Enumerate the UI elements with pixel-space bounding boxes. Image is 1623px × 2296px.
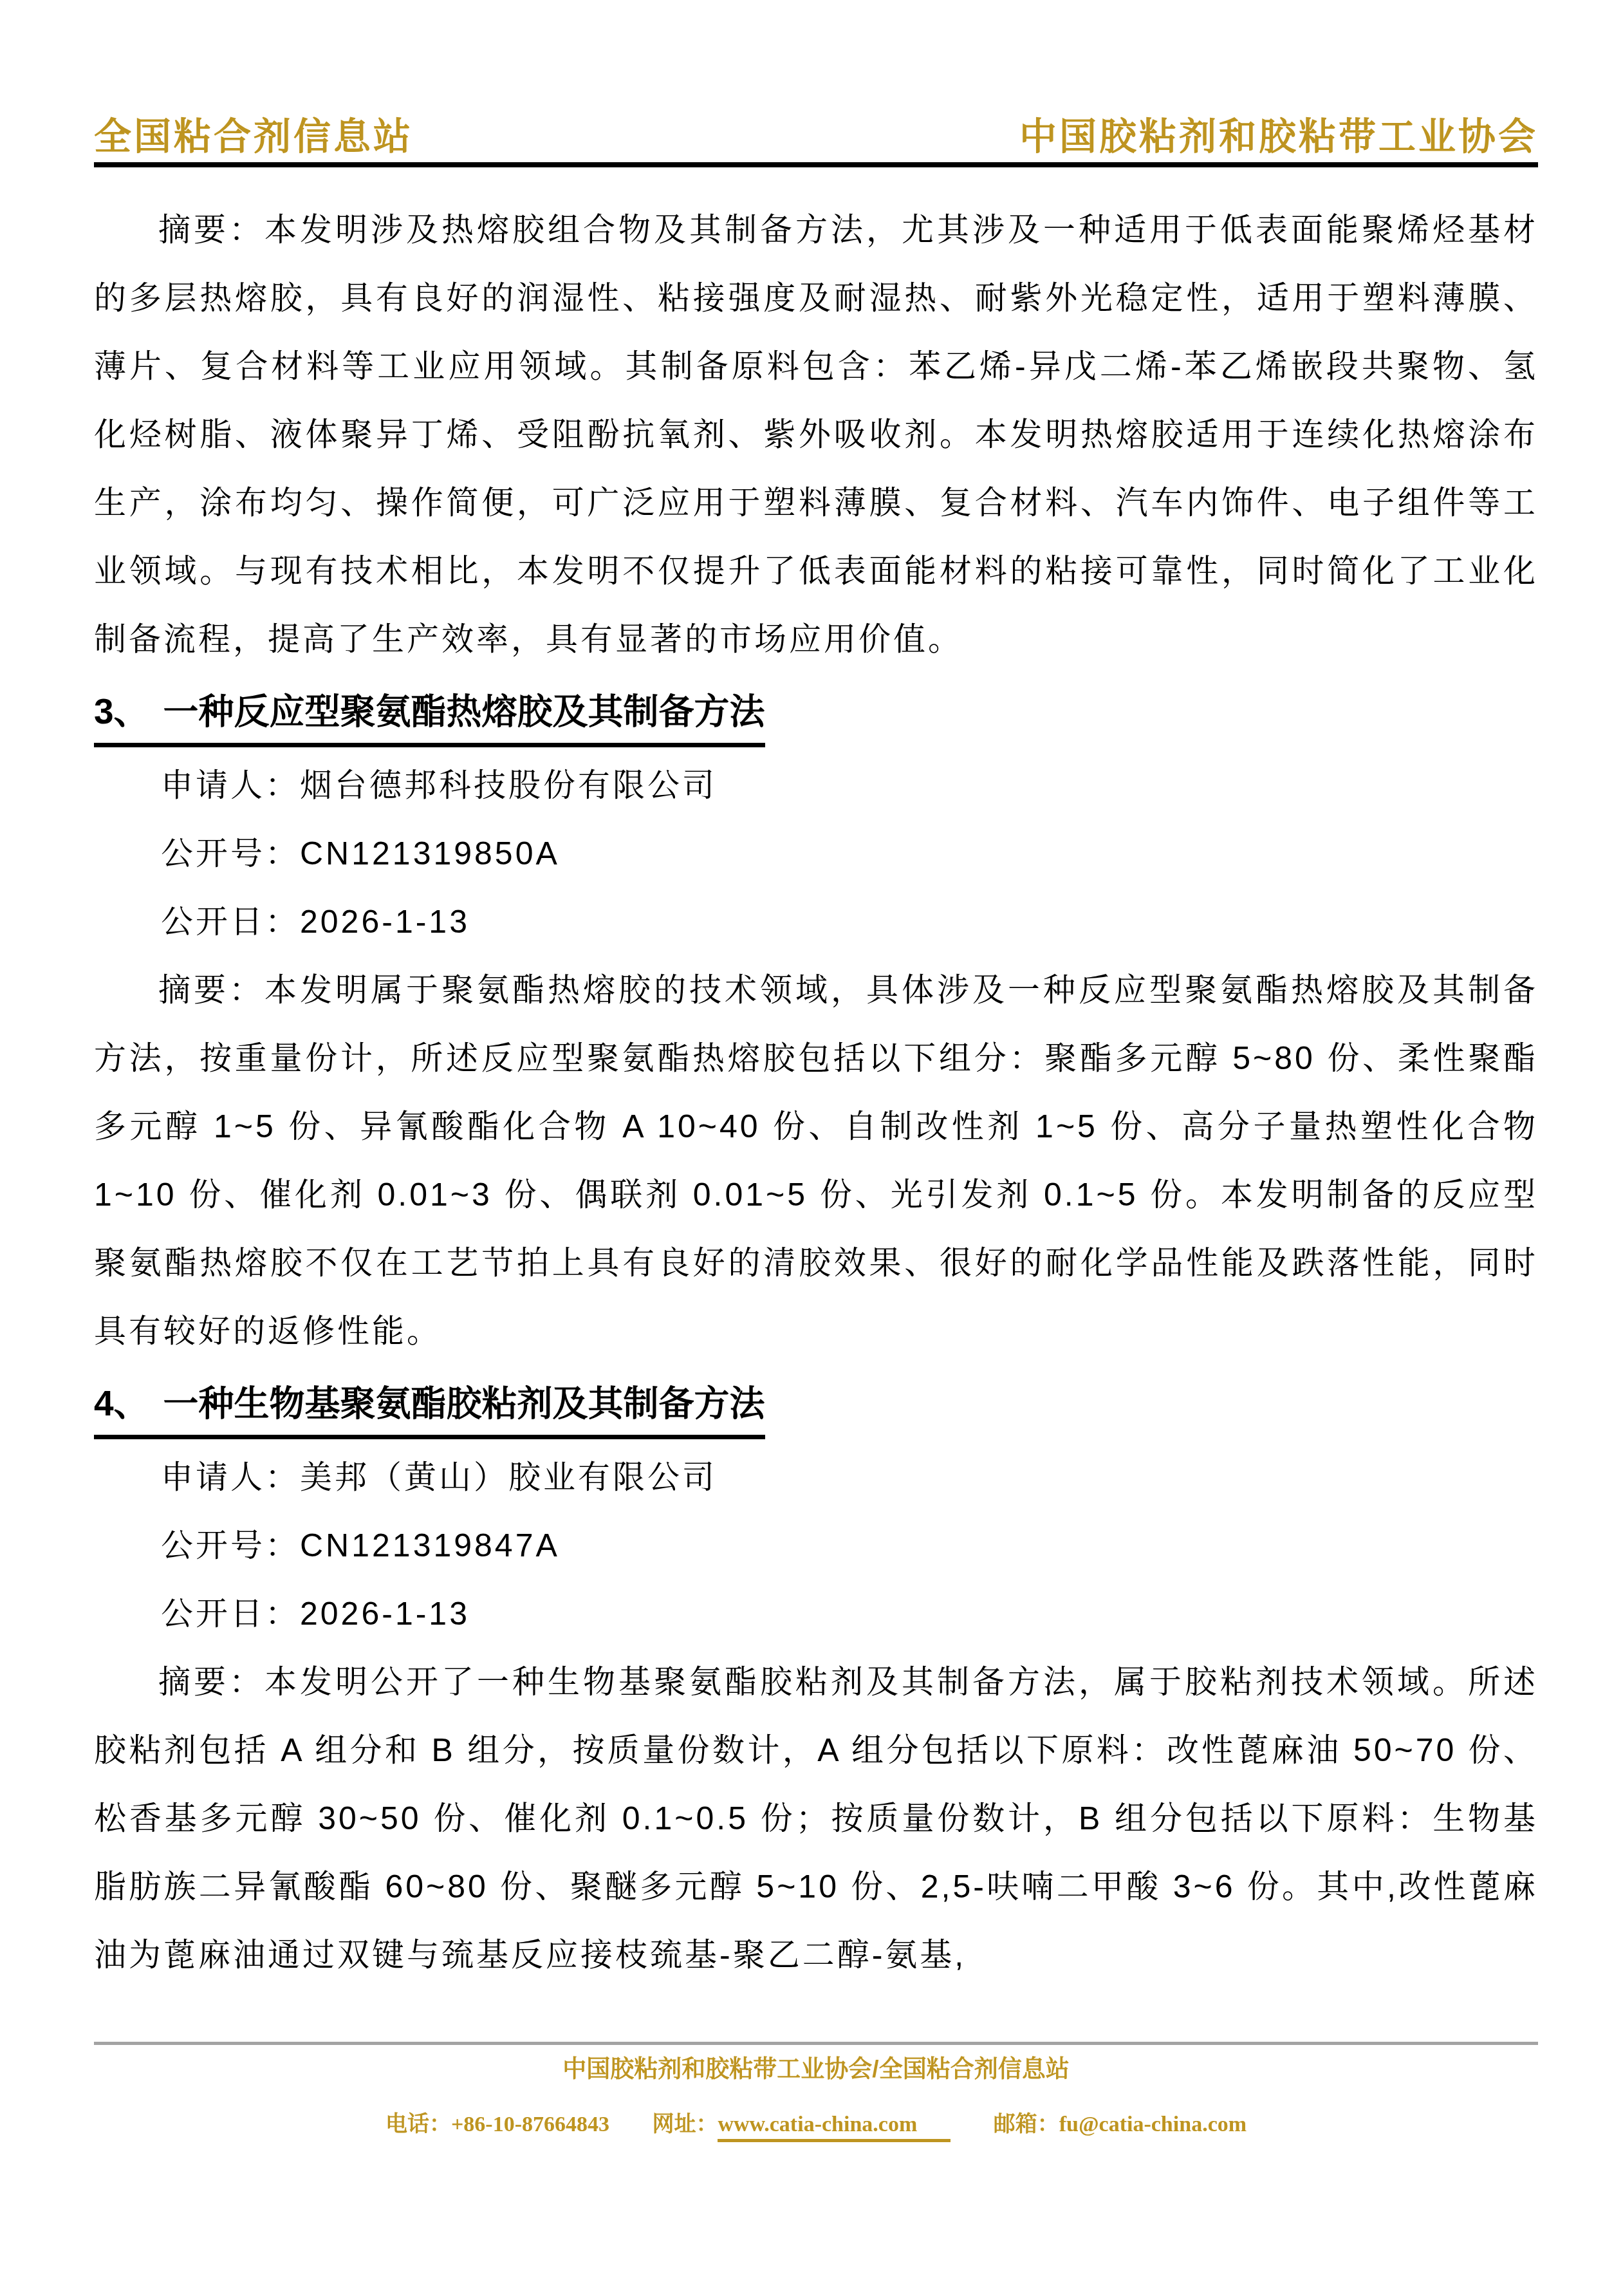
publication-no-value: CN121319850A [300, 835, 560, 872]
patent-4-publication-no-line: 公开号：CN121319847A [94, 1511, 1538, 1580]
intro-abstract: 摘要：本发明涉及热熔胶组合物及其制备方法，尤其涉及一种适用于低表面能聚烯烃基材的… [94, 196, 1538, 673]
header-right-title: 中国胶粘剂和胶粘带工业协会 [1019, 113, 1538, 161]
patent-section-3: 3、一种反应型聚氨酯热熔胶及其制备方法 申请人：烟台德邦科技股份有限公司 公开号… [94, 684, 1538, 1365]
footer-website-link[interactable]: www.catia-china.com [718, 2113, 951, 2142]
email-label: 邮箱： [994, 2113, 1059, 2136]
email-value: fu@catia-china.com [1059, 2113, 1247, 2136]
phone-label: 电话： [385, 2113, 451, 2136]
website-label: 网址： [652, 2113, 718, 2136]
header-left-title: 全国粘合剂信息站 [94, 113, 413, 161]
publication-date-value: 2026-1-13 [300, 904, 470, 940]
footer-phone: 电话：+86-10-87664843 [385, 2113, 609, 2136]
patent-3-abstract: 摘要：本发明属于聚氨酯热熔胶的技术领域，具体涉及一种反应型聚氨酯热熔胶及其制备方… [94, 956, 1538, 1365]
footer-email: 邮箱：fu@catia-china.com [994, 2113, 1247, 2136]
patent-4-applicant-line: 申请人：美邦（黄山）胶业有限公司 [94, 1443, 1538, 1511]
publication-date-label: 公开日： [161, 1596, 300, 1632]
patent-3-applicant-line: 申请人：烟台德邦科技股份有限公司 [94, 751, 1538, 819]
patent-4-abstract: 摘要：本发明公开了一种生物基聚氨酯胶粘剂及其制备方法，属于胶粘剂技术领域。所述胶… [94, 1648, 1538, 1989]
applicant-value: 烟台德邦科技股份有限公司 [300, 767, 717, 803]
patent-3-heading-underline: 3、一种反应型聚氨酯热熔胶及其制备方法 [94, 684, 765, 747]
publication-no-label: 公开号： [161, 1527, 300, 1563]
patent-4-meta: 申请人：美邦（黄山）胶业有限公司 公开号：CN121319847A 公开日：20… [94, 1443, 1538, 1648]
patent-4-publication-date-line: 公开日：2026-1-13 [94, 1580, 1538, 1648]
applicant-label: 申请人： [161, 1459, 300, 1495]
publication-date-value: 2026-1-13 [300, 1596, 470, 1632]
patent-3-publication-date-line: 公开日：2026-1-13 [94, 888, 1538, 956]
header-rule [94, 162, 1538, 167]
page-header: 全国粘合剂信息站 中国胶粘剂和胶粘带工业协会 [94, 113, 1538, 161]
document-page: 全国粘合剂信息站 中国胶粘剂和胶粘带工业协会 摘要：本发明涉及热熔胶组合物及其制… [0, 0, 1623, 2296]
patent-3-number: 3、 [94, 691, 149, 731]
patent-section-4: 4、一种生物基聚氨酯胶粘剂及其制备方法 申请人：美邦（黄山）胶业有限公司 公开号… [94, 1376, 1538, 1989]
patent-4-heading-underline: 4、一种生物基聚氨酯胶粘剂及其制备方法 [94, 1376, 765, 1439]
patent-4-title: 一种生物基聚氨酯胶粘剂及其制备方法 [163, 1383, 765, 1423]
patent-4-number: 4、 [94, 1383, 149, 1423]
phone-value: +86-10-87664843 [451, 2113, 609, 2136]
patent-3-meta: 申请人：烟台德邦科技股份有限公司 公开号：CN121319850A 公开日：20… [94, 751, 1538, 956]
patent-3-publication-no-line: 公开号：CN121319850A [94, 819, 1538, 888]
footer-org-line: 中国胶粘剂和胶粘带工业协会/全国粘合剂信息站 [94, 2055, 1538, 2084]
patent-4-heading: 4、一种生物基聚氨酯胶粘剂及其制备方法 [94, 1376, 1538, 1439]
footer-contacts: 电话：+86-10-87664843 网址：www.catia-china.co… [94, 2111, 1538, 2139]
publication-no-label: 公开号： [161, 835, 300, 872]
footer-rule [94, 2042, 1538, 2045]
applicant-label: 申请人： [161, 767, 300, 803]
page-footer: 中国胶粘剂和胶粘带工业协会/全国粘合剂信息站 电话：+86-10-8766484… [94, 2042, 1538, 2140]
patent-3-heading: 3、一种反应型聚氨酯热熔胶及其制备方法 [94, 684, 1538, 747]
publication-no-value: CN121319847A [300, 1527, 560, 1563]
footer-website: 网址：www.catia-china.com [652, 2113, 951, 2136]
patent-3-title: 一种反应型聚氨酯热熔胶及其制备方法 [163, 691, 765, 731]
applicant-value: 美邦（黄山）胶业有限公司 [300, 1459, 717, 1495]
publication-date-label: 公开日： [161, 904, 300, 940]
